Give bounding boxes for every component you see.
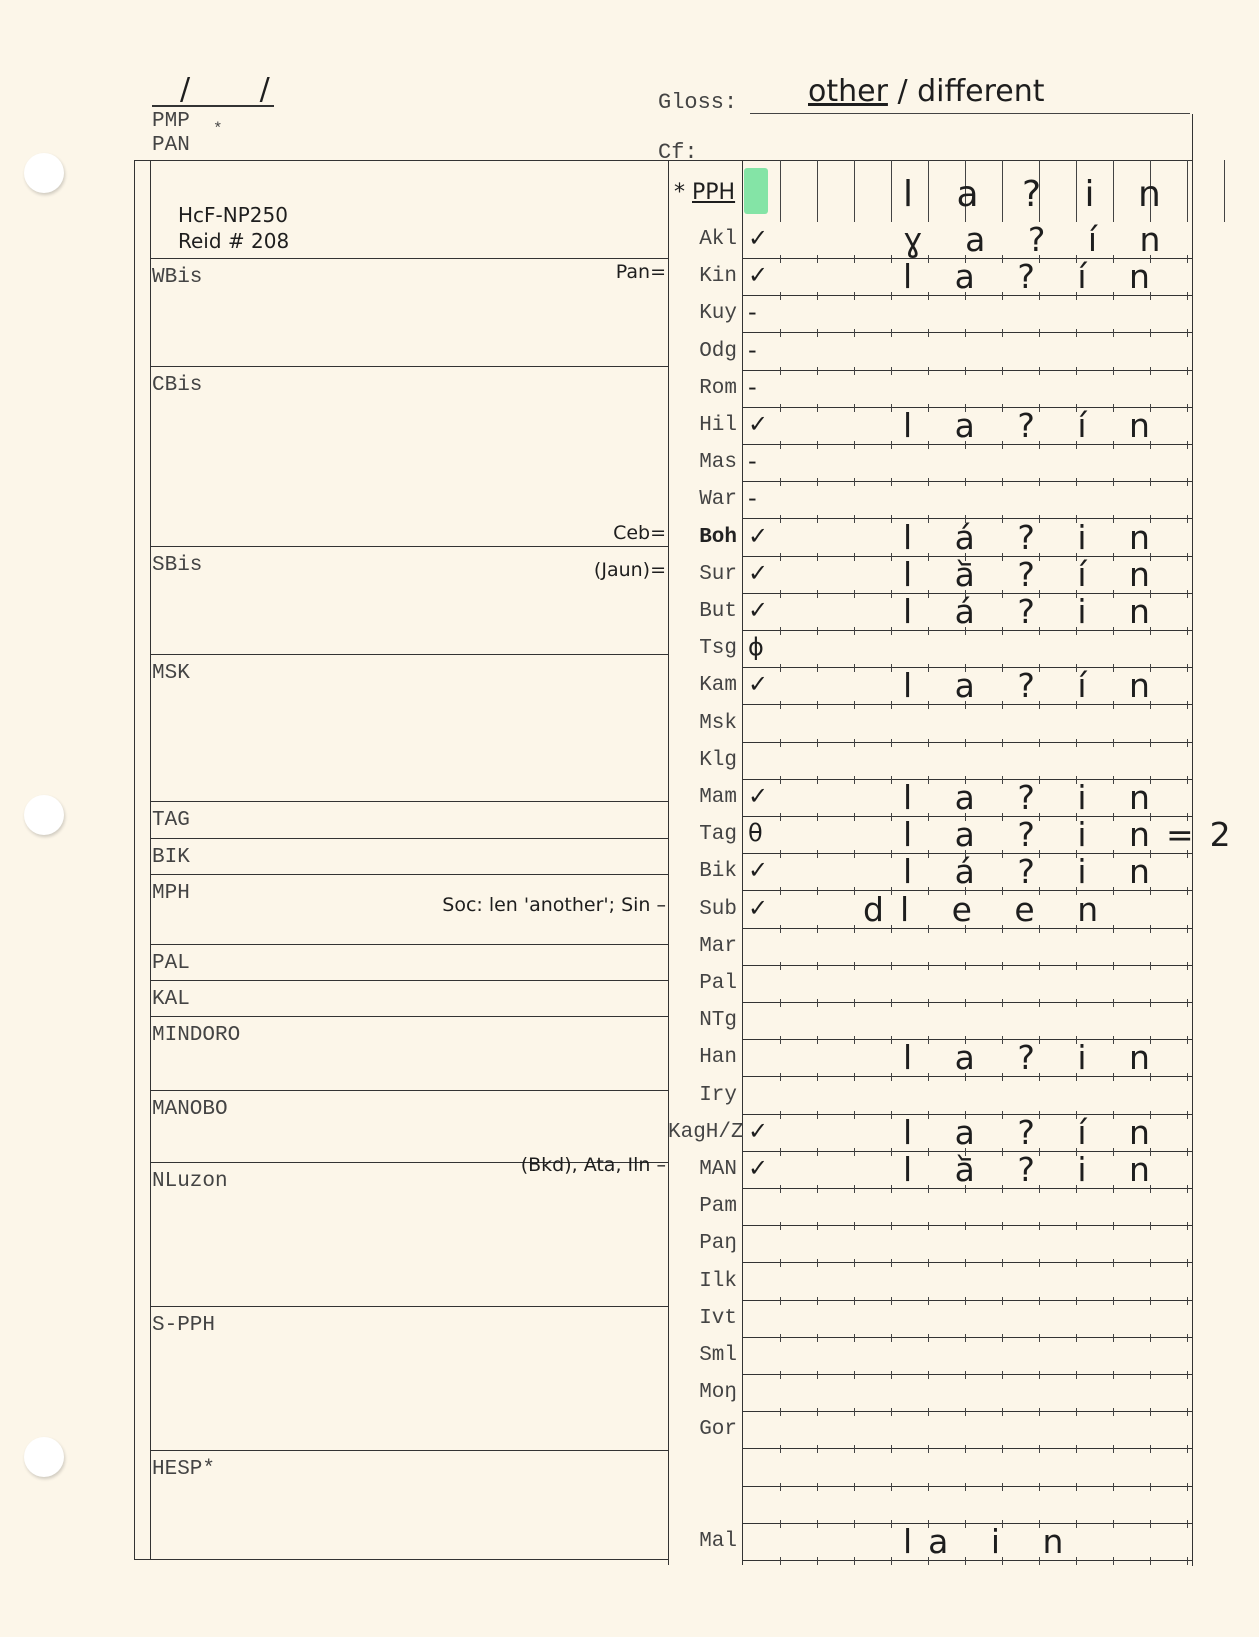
row-tick	[780, 1557, 781, 1565]
language-row: Hil✓l a ? í n	[668, 408, 1192, 445]
language-code: War	[668, 488, 743, 511]
language-code: Paŋ	[668, 1232, 743, 1255]
language-code: Mal	[668, 1530, 743, 1553]
language-code: Pal	[668, 972, 743, 995]
language-code: Iry	[668, 1084, 743, 1107]
language-row: Sml	[668, 1338, 1192, 1375]
language-row: Kam✓l a ? í n	[668, 668, 1192, 705]
language-row: Sur(Jaun)=✓l a᷅ ? í n	[668, 557, 1192, 594]
language-row: But✓l á ? i n	[668, 594, 1192, 631]
language-code: But	[668, 600, 743, 623]
language-code: Pam	[668, 1195, 743, 1218]
group-label: TAG	[152, 809, 190, 832]
reflex-form: l a ? í n	[903, 257, 1166, 296]
language-row: MAN(Bkd), Ata, Iln –✓l a᷅ ? i n	[668, 1152, 1192, 1189]
language-row: KagH/Z✓l a ? í n	[668, 1115, 1192, 1152]
language-row: Moŋ	[668, 1375, 1192, 1412]
language-code: Boh	[668, 526, 743, 549]
reflex-form: l á ? i n	[903, 852, 1166, 891]
status-mark: ✓	[748, 224, 768, 252]
language-code: Mas	[668, 451, 743, 474]
language-row: Tagθl a ? i n=2	[668, 817, 1192, 854]
group-divider	[150, 366, 668, 367]
language-row: Gor	[668, 1412, 1192, 1449]
group-divider	[150, 258, 668, 259]
status-mark: ✓	[748, 410, 768, 438]
reflex-form: l a ? í n	[903, 666, 1166, 705]
group-divider	[150, 1450, 668, 1451]
group-divider	[150, 1306, 668, 1307]
group-label: MSK	[152, 662, 190, 685]
status-mark: -	[748, 484, 757, 512]
row-tick	[854, 1557, 855, 1565]
reconstruction-form: l a ? i n	[903, 174, 1177, 215]
reflex-form: l á ? i n	[903, 518, 1166, 557]
language-row: KinPan=✓l a ? í n	[668, 259, 1192, 296]
language-code: Klg	[668, 749, 743, 772]
row-tick	[891, 1557, 892, 1565]
status-mark: ✓	[748, 522, 768, 550]
language-row: Bik✓l á ? i n	[668, 854, 1192, 891]
reflex-form: l a ? í n	[903, 1113, 1166, 1152]
status-mark: -	[748, 373, 757, 401]
status-mark: ✓	[748, 261, 768, 289]
group-label: MANOBO	[152, 1098, 228, 1121]
reflex-form: l a ? í n	[903, 406, 1166, 445]
language-code: KagH/Z	[668, 1121, 743, 1144]
language-code: Kam	[668, 674, 743, 697]
reflex-form: l á ? i n	[903, 592, 1166, 631]
group-divider	[150, 980, 668, 981]
gloss-value-rest: / different	[888, 74, 1045, 109]
binder-hole	[24, 795, 64, 835]
reflex-form: dl e e n	[863, 890, 1114, 929]
form-frame	[134, 160, 668, 1560]
source-line-2: Reid # 208	[178, 228, 289, 254]
language-code: Moŋ	[668, 1381, 743, 1404]
group-label: NLuzon	[152, 1170, 228, 1193]
reflex-form: l a ? i n	[903, 1038, 1166, 1077]
language-row: Rom-	[668, 371, 1192, 408]
cell-divider	[1187, 160, 1188, 222]
proto-form-line	[152, 105, 274, 107]
reflex-form: ɣ a ? í n	[903, 220, 1176, 259]
group-divider	[150, 838, 668, 839]
gloss-value: other / different	[808, 74, 1045, 109]
language-code: Kin	[668, 265, 743, 288]
status-mark: -	[748, 447, 757, 475]
group-label: WBis	[152, 266, 202, 289]
language-code: Gor	[668, 1418, 743, 1441]
language-code: MAN	[668, 1158, 743, 1181]
language-code: Tag	[668, 823, 743, 846]
language-row: Msk	[668, 706, 1192, 743]
proto-level-pmp: PMP	[152, 110, 190, 133]
cell-divider	[854, 160, 855, 222]
language-row: Akl✓ɣ a ? í n	[668, 222, 1192, 259]
status-mark: ϕ	[748, 633, 764, 661]
reconstruction-row: * PPH l a ? i n	[668, 160, 1192, 222]
language-code: Bik	[668, 860, 743, 883]
language-code: Odg	[668, 340, 743, 363]
status-mark: ✓	[748, 894, 768, 922]
group-divider	[150, 546, 668, 547]
language-code: Rom	[668, 377, 743, 400]
group-label: MINDORO	[152, 1024, 240, 1047]
reflex-form: l a ? i n=2	[903, 815, 1247, 854]
reflex-form: l a ? i n	[903, 778, 1166, 817]
language-code: Mar	[668, 935, 743, 958]
gloss-line	[750, 113, 1190, 114]
cell-divider	[1224, 160, 1225, 222]
group-label: S-PPH	[152, 1314, 215, 1337]
status-mark: θ	[748, 819, 763, 847]
language-row: Mas-	[668, 445, 1192, 482]
language-code: Sub	[668, 898, 743, 921]
language-row: Pal	[668, 966, 1192, 1003]
language-code: Sml	[668, 1344, 743, 1367]
row-tick	[817, 1557, 818, 1565]
group-label: BIK	[152, 846, 190, 869]
language-row: Kuy-	[668, 296, 1192, 333]
source-annotation: HcF-NP250 Reid # 208	[178, 202, 289, 254]
status-mark: ✓	[748, 856, 768, 884]
group-divider	[150, 1090, 668, 1091]
cell-divider	[780, 160, 781, 222]
group-divider	[150, 1016, 668, 1017]
language-row: Klg	[668, 743, 1192, 780]
language-row: SubSoc: len 'another'; Sin –✓dl e e n	[668, 892, 1192, 929]
status-mark: ✓	[748, 1117, 768, 1145]
frame-margin-line	[150, 160, 151, 1560]
language-row: NTg	[668, 1003, 1192, 1040]
status-mark: ✓	[748, 1154, 768, 1182]
group-label: PAL	[152, 952, 190, 975]
cognate-note: (Jaun)=	[594, 559, 666, 581]
language-row: Iry	[668, 1078, 1192, 1115]
language-row: Mar	[668, 929, 1192, 966]
language-row: Hanl a ? i n	[668, 1040, 1192, 1077]
group-label: KAL	[152, 988, 190, 1011]
cell-divider	[817, 160, 818, 222]
status-mark: ✓	[748, 596, 768, 624]
language-code: Sur	[668, 563, 743, 586]
row-tick	[1150, 1557, 1151, 1565]
language-code: NTg	[668, 1009, 743, 1032]
reflex-form: l a᷅ ? í n	[903, 555, 1166, 594]
status-mark: -	[748, 336, 757, 364]
language-row: Ilk	[668, 1264, 1192, 1301]
reflex-form: l a᷅ ? i n	[903, 1150, 1166, 1189]
language-row	[668, 1450, 1192, 1487]
language-code: Msk	[668, 712, 743, 735]
language-code: Ilk	[668, 1270, 743, 1293]
binder-hole	[24, 153, 64, 193]
language-code: Akl	[668, 228, 743, 251]
group-label: HESP*	[152, 1458, 215, 1481]
group-divider	[150, 944, 668, 945]
language-row: Ivt	[668, 1301, 1192, 1338]
language-row: Tsgϕ	[668, 631, 1192, 668]
source-line-1: HcF-NP250	[178, 202, 289, 228]
language-row: Pam	[668, 1189, 1192, 1226]
cell-divider	[891, 160, 892, 222]
row-tick	[1113, 1557, 1114, 1565]
status-mark: ✓	[748, 782, 768, 810]
language-row: Odg-	[668, 334, 1192, 371]
status-mark: -	[748, 298, 757, 326]
proto-marker: *	[213, 120, 223, 138]
cognate-note: Pan=	[616, 261, 666, 283]
language-row: BohCeb=✓l á ? i n	[668, 520, 1192, 557]
language-row: Malla i n	[668, 1524, 1192, 1561]
cognate-note: (Bkd), Ata, Iln –	[521, 1154, 666, 1176]
group-label: MPH	[152, 882, 190, 905]
cognate-note: Ceb=	[613, 522, 666, 544]
group-divider	[150, 654, 668, 655]
reconstruction-label: * PPH	[674, 180, 735, 205]
language-code: Kuy	[668, 302, 743, 325]
proto-slashes: / /	[180, 72, 300, 107]
cognate-note: Soc: len 'another'; Sin –	[442, 894, 666, 916]
group-label: CBis	[152, 374, 202, 397]
status-mark: ✓	[748, 559, 768, 587]
language-row: War-	[668, 482, 1192, 519]
reflex-form: la i n	[903, 1522, 1079, 1561]
language-row: Mam✓l a ? i n	[668, 780, 1192, 817]
highlighter-mark	[744, 168, 768, 214]
language-code: Han	[668, 1046, 743, 1069]
gloss-label: Gloss:	[658, 90, 737, 115]
group-divider	[150, 801, 668, 802]
language-row	[668, 1487, 1192, 1524]
group-divider	[150, 874, 668, 875]
status-mark: ✓	[748, 670, 768, 698]
language-code: Hil	[668, 414, 743, 437]
group-label: SBis	[152, 554, 202, 577]
row-tick	[1187, 1557, 1188, 1565]
language-code: Ivt	[668, 1307, 743, 1330]
language-row: Paŋ	[668, 1226, 1192, 1263]
binder-hole	[24, 1437, 64, 1477]
proto-level-pan: PAN	[152, 134, 190, 157]
language-code: Mam	[668, 786, 743, 809]
language-code: Tsg	[668, 637, 743, 660]
gloss-value-underlined: other	[808, 74, 888, 109]
